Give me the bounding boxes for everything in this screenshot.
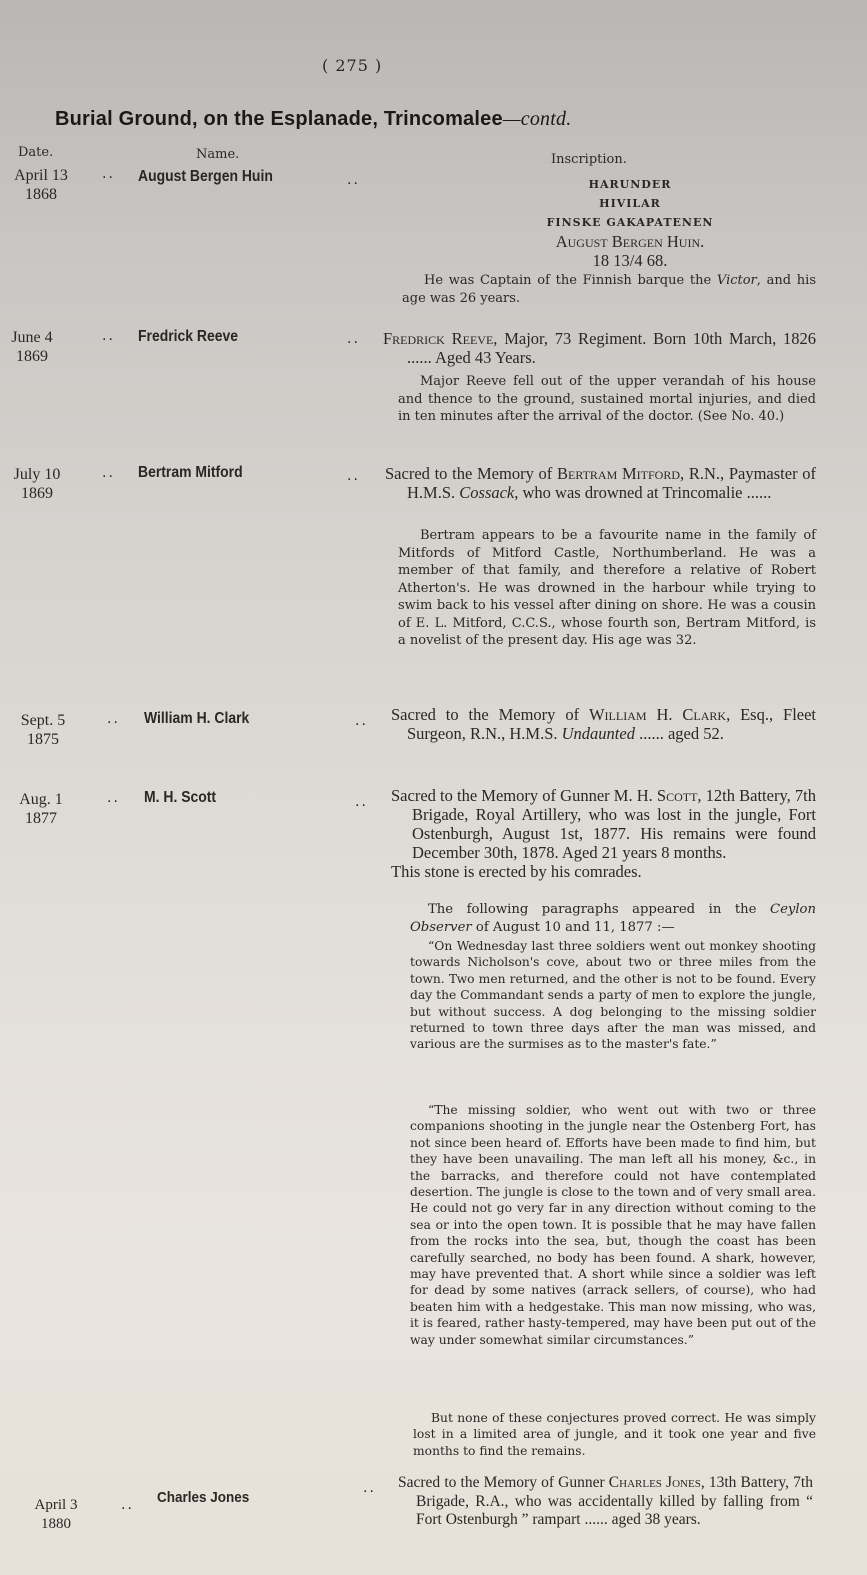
separator-dots: .. bbox=[107, 790, 120, 806]
separator-dots: .. bbox=[107, 711, 120, 727]
entry-note-intro: The following paragraphs appeared in the… bbox=[410, 901, 816, 936]
entry-date: June 4 1869 bbox=[2, 328, 62, 366]
date-day: April 13 bbox=[6, 166, 76, 185]
entry-name: Fredrick Reeve bbox=[138, 328, 238, 346]
entry-date: July 10 1869 bbox=[2, 465, 72, 503]
separator-dots: .. bbox=[355, 794, 368, 810]
entry-inscription: Sacred to the Memory of Gunner M. H. Sco… bbox=[391, 786, 816, 881]
page-number: ( 275 ) bbox=[322, 56, 382, 75]
date-day: April 3 bbox=[26, 1496, 86, 1515]
separator-dots: .. bbox=[347, 172, 360, 188]
entry-name: M. H. Scott bbox=[144, 789, 216, 807]
separator-dots: .. bbox=[347, 331, 360, 347]
separator-dots: .. bbox=[102, 465, 115, 481]
entry-date: April 3 1880 bbox=[26, 1496, 86, 1534]
title-text: Burial Ground, on the Esplanade, Trincom… bbox=[55, 108, 503, 130]
inscription-line: HIVILAR bbox=[420, 194, 840, 213]
inscription-line: HARUNDER bbox=[420, 175, 840, 194]
entry-note: Bertram appears to be a favourite name i… bbox=[398, 527, 816, 650]
date-day: July 10 bbox=[2, 465, 72, 484]
inscription-line: FINSKE GAKAPATENEN bbox=[420, 213, 840, 232]
column-header-inscription: Inscription. bbox=[551, 152, 627, 167]
date-year: 1877 bbox=[6, 809, 76, 828]
date-year: 1875 bbox=[8, 730, 78, 749]
separator-dots: .. bbox=[363, 1480, 376, 1496]
separator-dots: .. bbox=[102, 166, 115, 182]
date-year: 1868 bbox=[6, 185, 76, 204]
column-header-name: Name. bbox=[196, 147, 239, 162]
entry-date: Sept. 5 1875 bbox=[8, 711, 78, 749]
entry-name: August Bergen Huin bbox=[138, 168, 273, 186]
entry-date: Aug. 1 1877 bbox=[6, 790, 76, 828]
column-header-date: Date. bbox=[18, 145, 53, 160]
entry-note: Major Reeve fell out of the upper verand… bbox=[398, 373, 816, 426]
entry-name: Bertram Mitford bbox=[138, 464, 243, 482]
entry-note: He was Captain of the Finnish barque the… bbox=[402, 272, 816, 307]
separator-dots: .. bbox=[102, 328, 115, 344]
entry-name: Charles Jones bbox=[157, 1489, 249, 1506]
separator-dots: .. bbox=[355, 713, 368, 729]
page-title: Burial Ground, on the Esplanade, Trincom… bbox=[55, 108, 571, 131]
separator-dots: .. bbox=[347, 468, 360, 484]
title-contd: —contd. bbox=[503, 108, 572, 130]
date-day: June 4 bbox=[2, 328, 62, 347]
entry-conclusion: But none of these conjectures proved cor… bbox=[413, 1410, 816, 1459]
entry-inscription: Sacred to the Memory of Bertram Mitford,… bbox=[385, 464, 816, 502]
date-year: 1869 bbox=[2, 347, 62, 366]
entry-inscription: Sacred to the Memory of Gunner Charles J… bbox=[398, 1474, 813, 1530]
newspaper-quote-1: “On Wednesday last three soldiers went o… bbox=[410, 938, 816, 1053]
date-year: 1869 bbox=[2, 484, 72, 503]
date-day: Sept. 5 bbox=[8, 711, 78, 730]
inscription-line: 18 13/4 68. bbox=[420, 251, 840, 270]
date-day: Aug. 1 bbox=[6, 790, 76, 809]
newspaper-quote-2: “The missing soldier, who went out with … bbox=[410, 1102, 816, 1348]
entry-inscription: HARUNDER HIVILAR FINSKE GAKAPATENEN Augu… bbox=[420, 175, 840, 270]
entry-name: William H. Clark bbox=[144, 710, 249, 728]
entry-inscription: Fredrick Reeve, Major, 73 Regiment. Born… bbox=[383, 329, 816, 367]
entry-inscription: Sacred to the Memory of William H. Clark… bbox=[391, 705, 816, 743]
date-year: 1880 bbox=[26, 1515, 86, 1534]
inscription-footer: This stone is erected by his comrades. bbox=[391, 862, 816, 881]
inscription-line: August Bergen Huin. bbox=[420, 232, 840, 251]
separator-dots: .. bbox=[121, 1497, 134, 1513]
entry-date: April 13 1868 bbox=[6, 166, 76, 204]
